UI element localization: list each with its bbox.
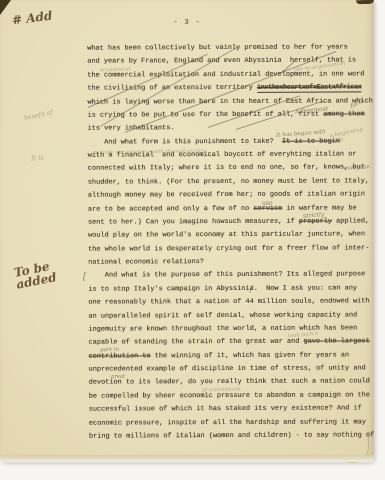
typed-text: the whole world is desperately crying ou…	[88, 244, 369, 253]
struck-out-text: It is to begin	[282, 137, 340, 145]
typed-line: shudder, to think. (For the present, no …	[88, 175, 374, 190]
typed-text: applied,	[332, 217, 369, 225]
typed-text-block: what has been collectively but vainly pr…	[87, 41, 375, 443]
typed-line: are to be accepted and only a few of no …	[88, 202, 374, 217]
typed-text: an unparalleled spirit of self denial, w…	[88, 311, 357, 320]
typed-line: economic pressure, inspite of all the ha…	[89, 416, 375, 431]
typed-line: successful issue of which it has staked …	[89, 402, 375, 417]
typed-text: successful issue of which it has staked …	[89, 405, 362, 414]
typed-line: the commercial exploitation and industri…	[87, 68, 373, 83]
margin-note-it-is: It is	[31, 153, 44, 162]
page-number: - 3 -	[0, 19, 374, 27]
page-bottom-edge-shadow	[0, 455, 374, 462]
margin-note-to-be-added: To be added	[13, 259, 57, 290]
typed-text: is to stop Italy's campaign in Abyssinia…	[88, 284, 357, 293]
typed-line: although money may be received from her;…	[88, 189, 374, 204]
typed-line: is crying to be put to use for the benef…	[87, 108, 373, 123]
typed-line: national economic relations?	[88, 255, 374, 270]
typed-line: devotion to its leader, do you really th…	[89, 376, 375, 391]
typed-text: although money may be received from her;…	[88, 191, 365, 200]
document-page: - 3 - what has been collectively but vai…	[0, 0, 374, 462]
typed-text: And what is the purpose of this punishme…	[88, 271, 365, 280]
typed-line: sent to her.) Can you imagine howsuch me…	[88, 215, 374, 230]
page-corner-shadow-top-left	[0, 0, 11, 15]
pencil-bracket: [	[83, 272, 87, 282]
typed-text: what has been collectively but vainly pr…	[87, 43, 348, 52]
typed-text: in warfare may be	[282, 204, 356, 212]
page-corner-shadow-top-right	[356, 0, 374, 4]
typed-text: bring to millions of italian (women and …	[89, 431, 374, 440]
typed-text: shudder, to think. (For the present, no …	[88, 177, 369, 186]
typed-line: contribution to the winning of it, which…	[88, 349, 374, 364]
typed-line: is to stop Italy's campaign in Abyssinia…	[88, 282, 374, 297]
struck-out-text: contribution to	[88, 352, 150, 360]
typed-text: unprecedented example of discipline in t…	[89, 364, 366, 373]
typed-text: which is laying worse than bare in the h…	[87, 97, 372, 106]
typed-line: and years by France, England and even Ab…	[87, 55, 373, 70]
typed-line: with a financial and economical boycott …	[88, 148, 374, 163]
typed-text: connected with Italy; where it is to end…	[88, 164, 365, 173]
typed-line: connected with Italy; where it is to end…	[88, 162, 374, 177]
struck-out-text: properly	[299, 217, 332, 225]
typed-line: ingemuity are known throughout the world…	[88, 322, 374, 337]
typed-text: capable of standing the strain of the gr…	[88, 338, 303, 347]
typed-text: And what form is this punishment to take…	[88, 137, 282, 146]
typed-text: ingemuity are known throughout the world…	[88, 324, 357, 333]
typed-line: an unparalleled spirit of self denial, w…	[88, 309, 374, 324]
typed-text: the commercial exploitation and industri…	[87, 70, 364, 79]
typed-line: bring to millions of italian (women and …	[89, 429, 375, 444]
struck-out-text: among them	[323, 110, 364, 118]
typed-text: the winning of it, which has given for y…	[151, 351, 350, 360]
typed-text: would play on the world's economy at thi…	[88, 231, 365, 240]
typed-text: with a financial and economical boycott …	[88, 150, 357, 159]
typed-line: capable of standing the strain of the gr…	[88, 336, 374, 351]
typed-line: unprecedented example of discipline in t…	[89, 362, 375, 377]
typed-line: be compelled by sheer economic pressure …	[89, 389, 375, 404]
struck-out-text: inxthexheartxofxEastxAfricax	[257, 84, 362, 93]
typed-line: the whole world is desperately crying ou…	[88, 242, 374, 257]
struck-out-text: gave the largest	[303, 338, 369, 346]
typed-text: economic pressure, inspite of all the ha…	[89, 418, 366, 427]
typed-text: are to be accepted and only a few of no	[88, 204, 253, 213]
typed-text: devotion to its leader, do you really th…	[89, 378, 370, 387]
typed-text: one reasonably think that a nation of 44…	[88, 298, 369, 307]
typed-text: national economic relations?	[88, 258, 204, 267]
typed-text: be compelled by sheer economic pressure …	[89, 391, 370, 400]
typed-line: one reasonably think that a nation of 44…	[88, 296, 374, 311]
typed-text: sent to her.) Can you imagine howsuch me…	[88, 218, 299, 227]
typed-line: And what form is this punishment to take…	[88, 135, 374, 150]
margin-note-benefit-of: benefit of	[24, 109, 54, 122]
typed-line: And what is the purpose of this punishme…	[88, 269, 374, 284]
struck-out-text: service	[253, 204, 282, 212]
typed-line: would play on the world's economy at thi…	[88, 229, 374, 244]
